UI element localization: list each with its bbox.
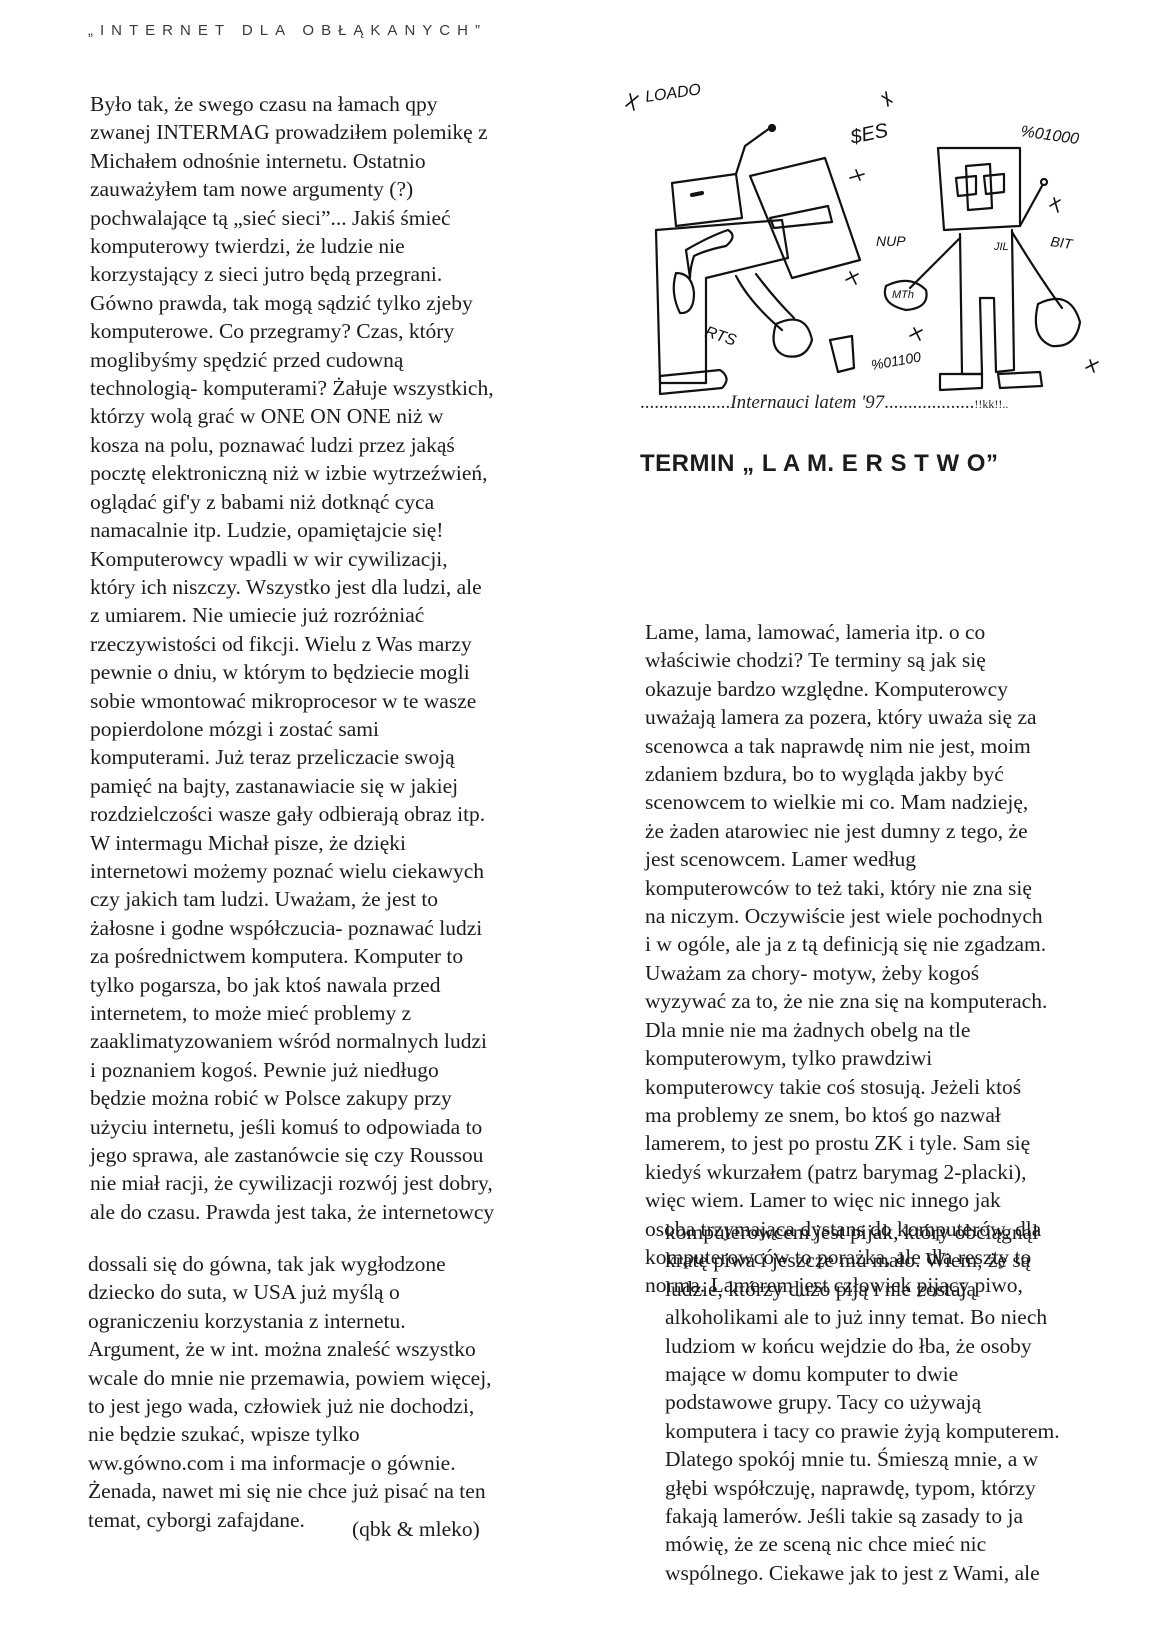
illustration-caption: ...................Internauci latem '97.… <box>640 392 1008 414</box>
text-line: komputerowym, tylko prawdziwi <box>645 1044 1145 1072</box>
text-line: podstawowe grupy. Tacy co używają <box>665 1388 1165 1416</box>
text-line: czy jakich tam ludzi. Uważam, że jest to <box>90 885 570 913</box>
svg-text:RTS: RTS <box>703 324 739 350</box>
text-line: ale do czasu. Prawda jest taka, że inter… <box>90 1198 570 1226</box>
text-line: internetem, to może mieć problemy z <box>90 999 570 1027</box>
text-line: tylko pogarsza, bo jak ktoś nawala przed <box>90 971 570 999</box>
text-line: wspólnego. Ciekawe jak to jest z Wami, a… <box>665 1559 1165 1587</box>
text-line: pamięć na bajty, zastanawiacie się w jak… <box>90 772 570 800</box>
text-line: jest scenowcem. Lamer według <box>645 845 1145 873</box>
text-line: ww.gówno.com i ma informacje o gównie. <box>88 1449 568 1477</box>
text-line: Dlatego spokój mnie tu. Śmieszą mnie, a … <box>665 1445 1165 1473</box>
text-line: że żaden atarowiec nie jest dumny z tego… <box>645 817 1145 845</box>
text-line: Komputerowcy wpadli w wir cywilizacji, <box>90 545 570 573</box>
text-line: komputerowcem jest pijak, który obciągną… <box>665 1218 1165 1246</box>
text-line: lamerem, to jest po prostu ZK i tyle. Sa… <box>645 1129 1145 1157</box>
robot-left-drawing <box>656 125 860 394</box>
caption-trailing-dots: ................... <box>884 392 974 413</box>
text-line: nie miał racji, że cywilizacji rozwój je… <box>90 1169 570 1197</box>
text-line: komputerowców to też taki, który nie zna… <box>645 874 1145 902</box>
text-line: mające w domu komputer to dwie <box>665 1360 1165 1388</box>
text-line: Michałem odnośnie internetu. Ostatnio <box>90 147 570 175</box>
text-line: rozdzielczości wasze gały odbierają obra… <box>90 800 570 828</box>
running-header: „INTERNET DLA OBŁĄKANYCH” <box>88 22 487 39</box>
text-line: z umiarem. Nie umiecie już rozróżniać <box>90 601 570 629</box>
text-line: namacalnie itp. Ludzie, opamiętajcie się… <box>90 516 570 544</box>
text-line: pocztę elektroniczną niż w izbie wytrzeź… <box>90 459 570 487</box>
article-signature: (qbk & mleko) <box>352 1517 480 1542</box>
text-line: i poznaniem kogoś. Pewnie już niedługo <box>90 1056 570 1084</box>
text-line: Było tak, że swego czasu na łamach qpy <box>90 90 570 118</box>
text-line: zdaniem bzdura, bo to wygląda jakby być <box>645 760 1145 788</box>
caption-leading-dots: ................... <box>640 392 730 413</box>
text-line: Uważam za chory- motyw, żeby kogoś <box>645 959 1145 987</box>
text-line: technologią- komputerami? Żałuje wszystk… <box>90 374 570 402</box>
text-line: kratę piwa i jeszcze mu mało. Wiem, że s… <box>665 1246 1165 1274</box>
right-article-body-continued: komputerowcem jest pijak, który obciągną… <box>665 1218 1165 1587</box>
text-line: pewnie o dniu, w którym to będziecie mog… <box>90 658 570 686</box>
text-line: na niczym. Oczywiście jest wiele pochodn… <box>645 902 1145 930</box>
svg-text:JIL: JIL <box>993 241 1009 253</box>
text-line: głębi współczuję, naprawdę, typom, którz… <box>665 1474 1165 1502</box>
left-article-body-continued: dossali się do gówna, tak jak wygłodzone… <box>88 1250 568 1534</box>
text-line: wyzywać za to, że nie zna się na kompute… <box>645 987 1145 1015</box>
svg-text:%01000: %01000 <box>1019 123 1080 148</box>
text-line: Gówno prawda, tak mogą sądzić tylko zjeb… <box>90 289 570 317</box>
text-line: Dla mnie nie ma żadnych obelg na tle <box>645 1016 1145 1044</box>
text-line: komputerowy twierdzi, że ludzie nie <box>90 232 570 260</box>
text-line: komputerowcy takie coś stosują. Jeżeli k… <box>645 1073 1145 1101</box>
text-line: Żenada, nawet mi się nie chce już pisać … <box>88 1477 568 1505</box>
text-line: dziecko do suta, w USA już myślą o <box>88 1278 568 1306</box>
text-line: więc wiem. Lamer to więc nic innego jak <box>645 1186 1145 1214</box>
text-line: wcale do mnie nie przemawia, powiem więc… <box>88 1364 568 1392</box>
text-line: komputera i tacy co prawie żyją komputer… <box>665 1417 1165 1445</box>
text-line: który ich niszczy. Wszystko jest dla lud… <box>90 573 570 601</box>
text-line: pochwalające tą „sieć sieci”... Jakiś śm… <box>90 204 570 232</box>
right-article-body: Lame, lama, lamować, lameria itp. o cowł… <box>645 618 1145 1300</box>
text-line: kiedyś wkurzałem (patrz barymag 2-placki… <box>645 1158 1145 1186</box>
text-line: rzeczywistości od fikcji. Wielu z Was ma… <box>90 630 570 658</box>
text-line: Lame, lama, lamować, lameria itp. o co <box>645 618 1145 646</box>
artist-signature: !!kk!!.. <box>974 397 1008 411</box>
text-line: komputerowe. Co przegramy? Czas, który <box>90 317 570 345</box>
text-line: Argument, że w int. można znaleść wszyst… <box>88 1335 568 1363</box>
text-line: mówię, że ze sceną nic chce mieć nic <box>665 1530 1165 1558</box>
text-line: korzystający z sieci jutro będą przegran… <box>90 260 570 288</box>
text-line: okazuje bardzo względne. Komputerowcy <box>645 675 1145 703</box>
caption-text: Internauci latem '97 <box>730 392 884 413</box>
text-line: alkoholikami ale to już inny temat. Bo n… <box>665 1303 1165 1331</box>
text-line: zauważyłem tam nowe argumenty (?) <box>90 175 570 203</box>
illustration-internauci: LOADO $ES %01000 NUP BIT RTS %01100 MTh … <box>610 78 1100 398</box>
text-line: nie będzie szukać, wpisze tylko <box>88 1420 568 1448</box>
text-line: oglądać gif'y z babami niż dotknąć cyca <box>90 488 570 516</box>
svg-text:BIT: BIT <box>1050 233 1075 252</box>
text-line: właściwie chodzi? Te terminy są jak się <box>645 646 1145 674</box>
text-line: będzie można robić w Polsce zakupy przy <box>90 1084 570 1112</box>
text-line: ludziom w końcu wejdzie do łba, że osoby <box>665 1332 1165 1360</box>
text-line: za pośrednictwem komputera. Komputer to <box>90 942 570 970</box>
text-line: fakają lamerów. Jeśli takie są zasady to… <box>665 1502 1165 1530</box>
text-line: ma problemy ze snem, bo ktoś go nazwał <box>645 1101 1145 1129</box>
text-line: użyciu internetu, jeśli komuś to odpowia… <box>90 1113 570 1141</box>
text-line: sobie wmontować mikroprocesor w te wasze <box>90 687 570 715</box>
text-line: jego sprawa, ale zastanówcie się czy Rou… <box>90 1141 570 1169</box>
text-line: moglibyśmy spędzić przed cudowną <box>90 346 570 374</box>
text-line: kosza na polu, poznawać ludzi przez jaką… <box>90 431 570 459</box>
svg-text:MTh: MTh <box>892 289 914 301</box>
svg-text:$ES: $ES <box>847 119 890 149</box>
text-line: scenowca a tak naprawdę nim nie jest, mo… <box>645 732 1145 760</box>
text-line: zaaklimatyzowaniem wśród normalnych ludz… <box>90 1027 570 1055</box>
svg-text:%01100: %01100 <box>870 348 923 373</box>
text-line: scenowcem to wielkie mi co. Mam nadzieję… <box>645 788 1145 816</box>
text-line: dossali się do gówna, tak jak wygłodzone <box>88 1250 568 1278</box>
text-line: i w ogóle, ale ja z tą definicją się nie… <box>645 930 1145 958</box>
article-title: TERMIN „ L A M. E R S T W O” <box>640 450 998 478</box>
text-line: zwanej INTERMAG prowadziłem polemikę z <box>90 118 570 146</box>
text-line: W intermagu Michał pisze, że dzięki <box>90 829 570 857</box>
text-line: internetowi możemy poznać wielu ciekawyc… <box>90 857 570 885</box>
text-line: ludzie, którzy dużo piją i nie zostają <box>665 1275 1165 1303</box>
text-line: komputerami. Już teraz przeliczacie swoj… <box>90 743 570 771</box>
text-line: uważają lamera za pozera, który uważa si… <box>645 703 1145 731</box>
text-line: to jest jego wada, człowiek już nie doch… <box>88 1392 568 1420</box>
text-line: popierdolone mózgi i zostać sami <box>90 715 570 743</box>
svg-text:NUP: NUP <box>876 233 906 249</box>
text-line: ograniczeniu korzystania z internetu. <box>88 1307 568 1335</box>
text-line: którzy wolą grać w ONE ON ONE niż w <box>90 402 570 430</box>
text-line: temat, cyborgi zafajdane. <box>88 1506 568 1534</box>
left-article-body: Było tak, że swego czasu na łamach qpyzw… <box>90 90 570 1226</box>
svg-text:LOADO: LOADO <box>644 81 702 106</box>
text-line: żałosne i godne współczucia- poznawać lu… <box>90 914 570 942</box>
